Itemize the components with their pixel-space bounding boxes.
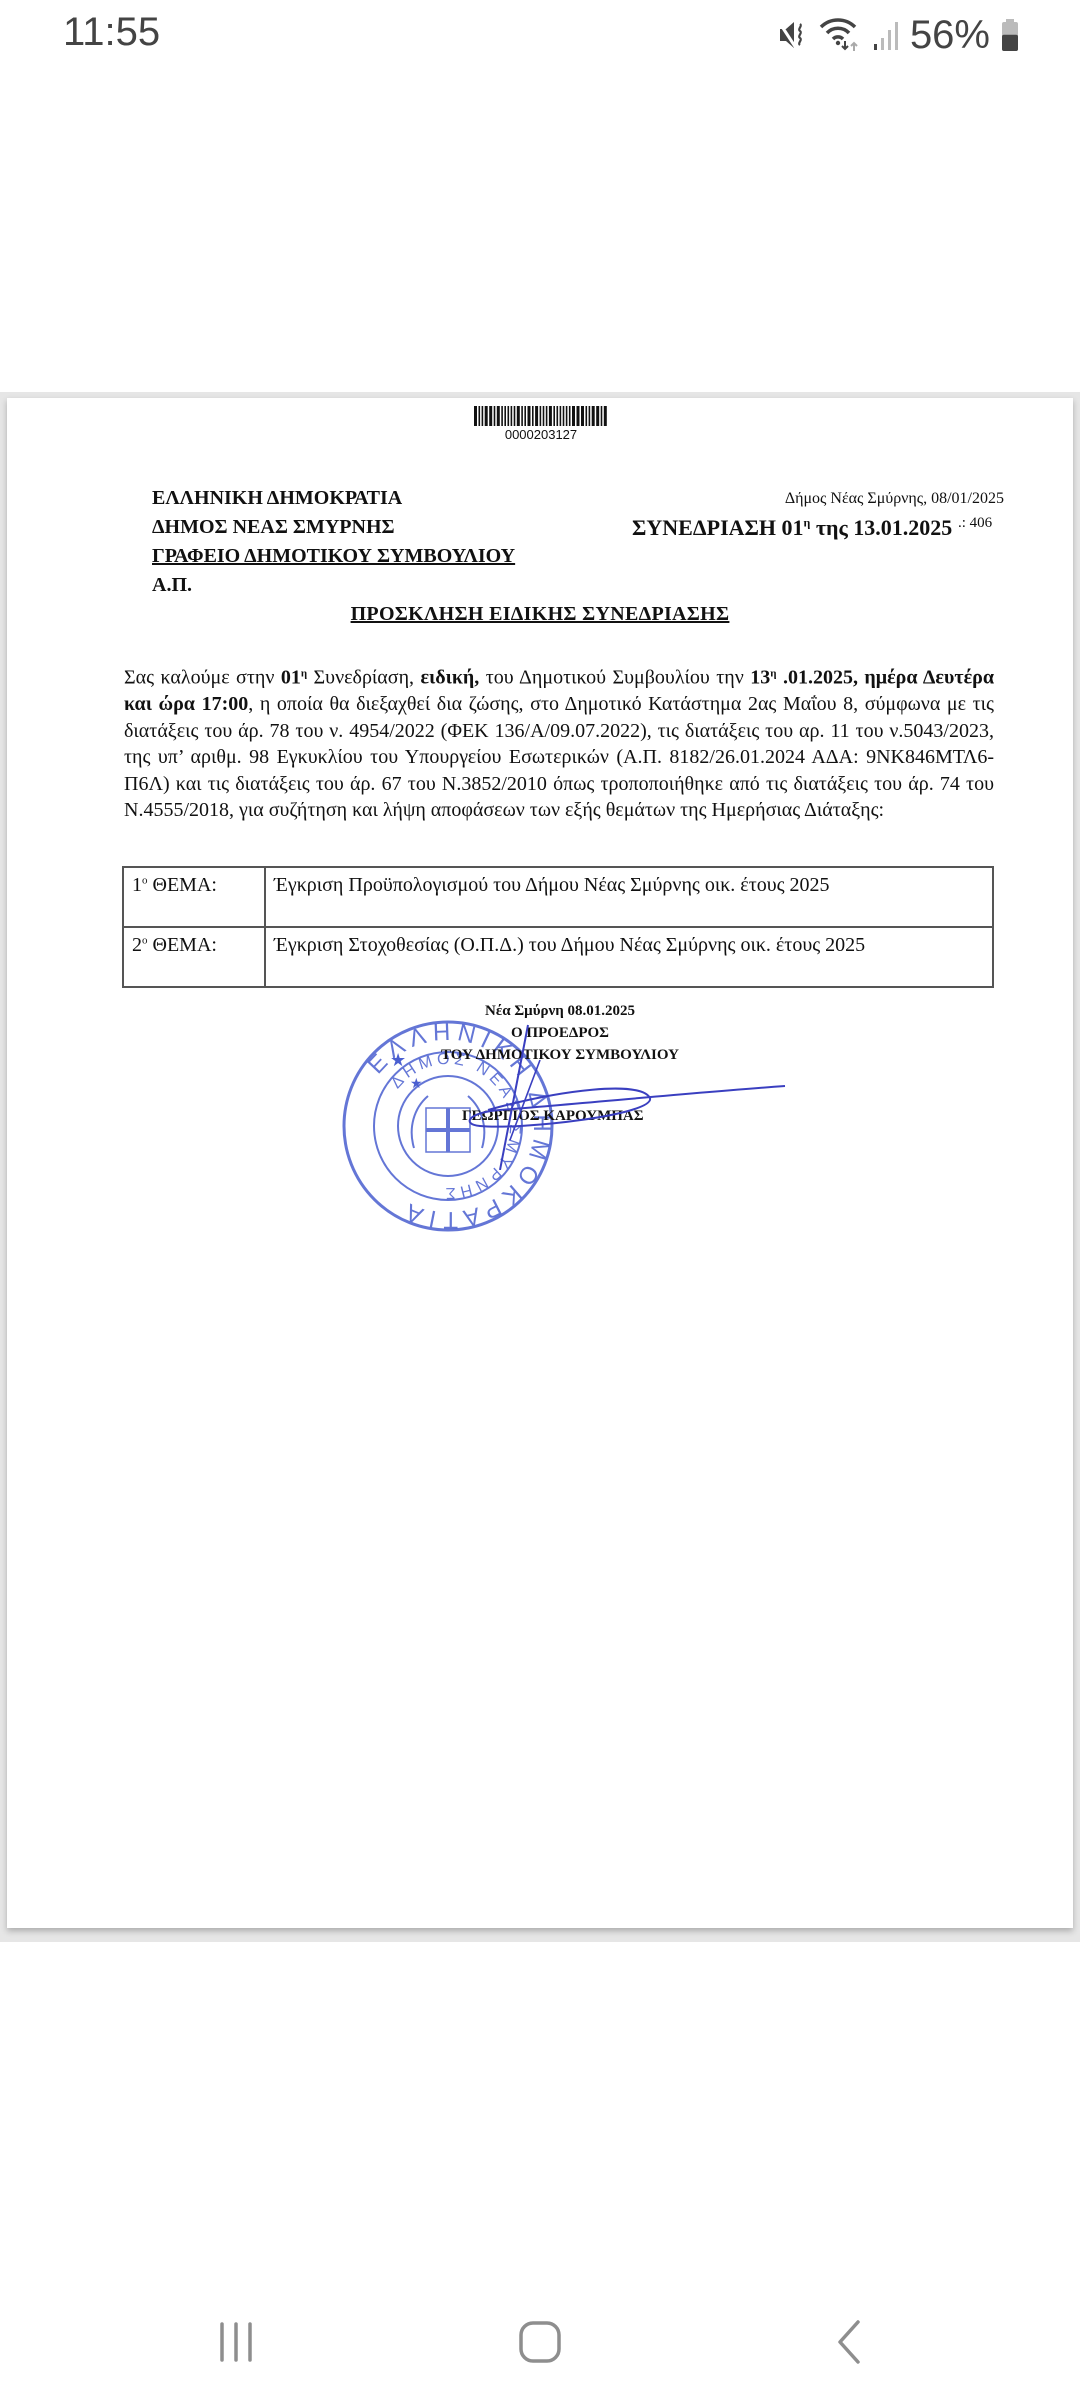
back-icon[interactable] [828, 2320, 872, 2364]
barcode-number: 0000203127 [474, 427, 608, 442]
body-text: Συνεδρίαση, [307, 667, 420, 689]
header-republic: ΕΛΛΗΝΙΚΗ ΔΗΜΟΚΡΑΤΙΑ [152, 484, 515, 513]
issuer-header: ΕΛΛΗΝΙΚΗ ΔΗΜΟΚΡΑΤΙΑ ΔΗΜΟΣ ΝΕΑΣ ΣΜΥΡΝΗΣ Γ… [152, 484, 515, 600]
body-bold: 13 [750, 667, 770, 689]
session-number: ΣΥΝΕΔΡΙΑΣΗ 01 [632, 515, 804, 540]
place-date: Δήμος Νέας Σμύρνης, 08/01/2025 [785, 490, 1004, 508]
header-protocol: Α.Π. [152, 571, 515, 600]
session-date: της 13.01.2025 [810, 515, 952, 540]
table-row: 2ο ΘΕΜΑ: Έγκριση Στοχοθεσίας (Ο.Π.Δ.) το… [123, 927, 993, 987]
body-text: του Δημοτικού Συμβουλίου την [479, 667, 750, 689]
invitation-body: Σας καλούμε στην 01η Συνεδρίαση, ειδική,… [124, 660, 994, 824]
body-text: , η οποία θα διεξαχθεί δια ζώσης, στο Δη… [124, 693, 994, 821]
agenda-item: Έγκριση Προϋπολογισμού του Δήμου Νέας Σμ… [265, 867, 993, 927]
agenda-item: Έγκριση Στοχοθεσίας (Ο.Π.Δ.) του Δήμου Ν… [265, 927, 993, 987]
body-bold: 01 [281, 667, 301, 689]
header-municipality: ΔΗΜΟΣ ΝΕΑΣ ΣΜΥΡΝΗΣ [152, 513, 515, 542]
body-bold: ειδική, [420, 667, 479, 689]
agenda-label: 2ο ΘΕΜΑ: [123, 927, 265, 987]
svg-text:★: ★ [410, 1077, 423, 1092]
agenda-table: 1ο ΘΕΜΑ: Έγκριση Προϋπολογισμού του Δήμο… [122, 866, 994, 988]
agenda-label: 1ο ΘΕΜΑ: [123, 867, 265, 927]
session-line: ΣΥΝΕΔΡΙΑΣΗ 01η της 13.01.2025 [632, 515, 952, 541]
protocol-number: .: 406 [958, 515, 992, 532]
home-icon[interactable] [518, 2320, 562, 2364]
header-office: ΓΡΑΦΕΙΟ ΔΗΜΟΤΙΚΟΥ ΣΥΜΒΟΥΛΙΟΥ [152, 542, 515, 571]
body-text: Σας καλούμε στην [124, 667, 281, 689]
document-title: ΠΡΟΣΚΛΗΣΗ ΕΙΔΙΚΗΣ ΣΥΝΕΔΡΙΑΣΗΣ [0, 603, 1080, 626]
barcode [474, 406, 608, 426]
navigation-bar [0, 2300, 1080, 2380]
table-row: 1ο ΘΕΜΑ: Έγκριση Προϋπολογισμού του Δήμο… [123, 867, 993, 927]
signature-place-date: Νέα Σμύρνη 08.01.2025 [380, 1000, 740, 1022]
document-content: 0000203127 ΕΛΛΗΝΙΚΗ ΔΗΜΟΚΡΑΤΙΑ ΔΗΜΟΣ ΝΕΑ… [0, 0, 1080, 2408]
recent-apps-icon[interactable] [216, 2320, 260, 2364]
handwritten-signature [440, 1020, 790, 1170]
